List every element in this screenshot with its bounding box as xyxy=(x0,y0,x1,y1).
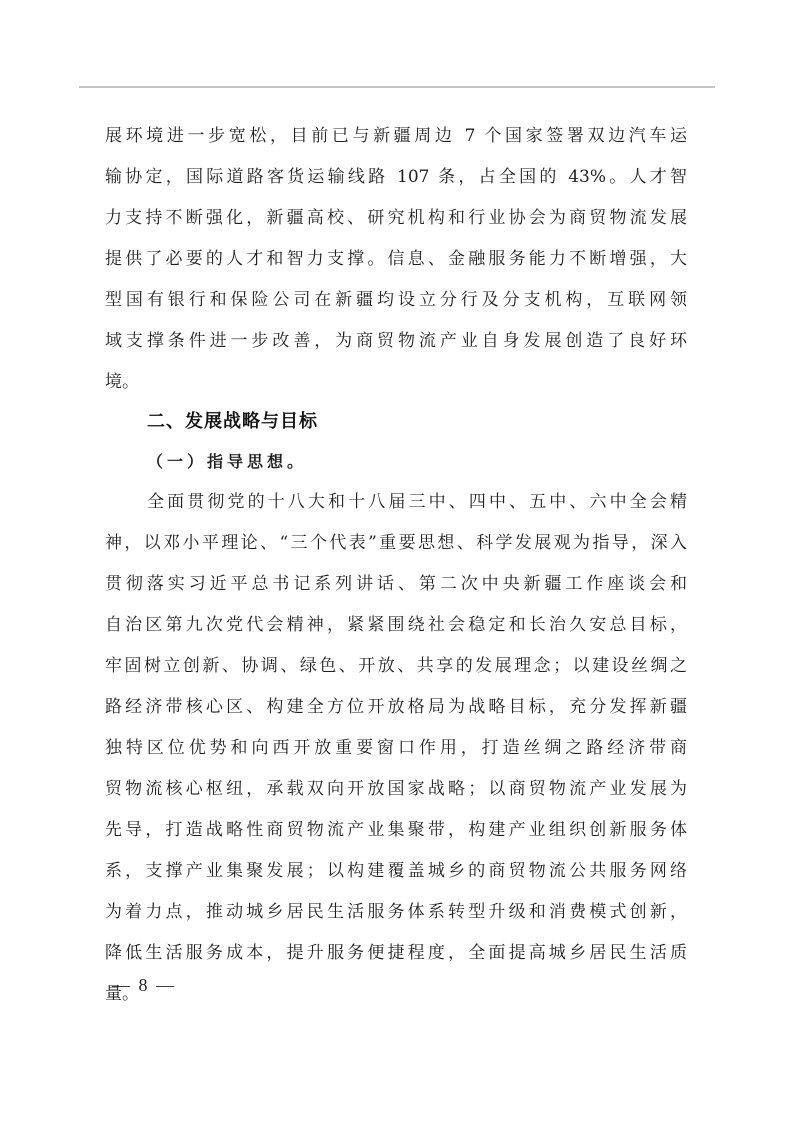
text-line: 输协定，国际道路客货运输线路 107 条，占全国的 43%。人才智 xyxy=(105,157,687,198)
paragraph-context: 展环境进一步宽松，目前已与新疆周边 7 个国家签署双边汽车运 输协定，国际道路客… xyxy=(105,116,687,403)
text-line: 展环境进一步宽松，目前已与新疆周边 7 个国家签署双边汽车运 xyxy=(105,116,687,157)
header-rule xyxy=(79,86,715,88)
text-line: 贯彻落实习近平总书记系列讲话、第二次中央新疆工作座谈会和 xyxy=(105,564,687,605)
text-line: 力支持不断强化，新疆高校、研究机构和行业协会为商贸物流发展 xyxy=(105,198,687,239)
text-line: 牢固树立创新、协调、绿色、开放、共享的发展理念；以建设丝绸之 xyxy=(105,646,687,687)
text-line: 全面贯彻党的十八大和十八届三中、四中、五中、六中全会精 xyxy=(105,482,687,523)
text-line: 提供了必要的人才和智力支撑。信息、金融服务能力不断增强，大 xyxy=(105,239,687,280)
document-body: 展环境进一步宽松，目前已与新疆周边 7 个国家签署双边汽车运 输协定，国际道路客… xyxy=(105,116,687,1015)
paragraph-guiding-thought: 全面贯彻党的十八大和十八届三中、四中、五中、六中全会精 神，以邓小平理论、“三个… xyxy=(105,482,687,1015)
text-line: 型国有银行和保险公司在新疆均设立分行及分支机构，互联网领 xyxy=(105,280,687,321)
subsection-heading: （一）指导思想。 xyxy=(105,441,687,482)
section-heading: 二、发展战略与目标 xyxy=(105,403,687,441)
text-line: 境。 xyxy=(105,362,687,403)
text-line: 量。 xyxy=(105,974,687,1015)
text-line: 独特区位优势和向西开放重要窗口作用，打造丝绸之路经济带商 xyxy=(105,728,687,769)
text-line: 为着力点，推动城乡居民生活服务体系转型升级和消费模式创新， xyxy=(105,892,687,933)
text-line: 域支撑条件进一步改善，为商贸物流产业自身发展创造了良好环 xyxy=(105,321,687,362)
text-line: 贸物流核心枢纽，承载双向开放国家战略；以商贸物流产业发展为 xyxy=(105,769,687,810)
text-line: 自治区第九次党代会精神，紧紧围绕社会稳定和长治久安总目标， xyxy=(105,605,687,646)
text-line: 系，支撑产业集聚发展；以构建覆盖城乡的商贸物流公共服务网络 xyxy=(105,851,687,892)
text-line: 神，以邓小平理论、“三个代表”重要思想、科学发展观为指导，深入 xyxy=(105,523,687,564)
text-line: 先导，打造战略性商贸物流产业集聚带，构建产业组织创新服务体 xyxy=(105,810,687,851)
page-number: — 8 — xyxy=(112,975,174,996)
text-line: 降低生活服务成本，提升服务便捷程度，全面提高城乡居民生活质 xyxy=(105,933,687,974)
text-line: 路经济带核心区、构建全方位开放格局为战略目标，充分发挥新疆 xyxy=(105,687,687,728)
